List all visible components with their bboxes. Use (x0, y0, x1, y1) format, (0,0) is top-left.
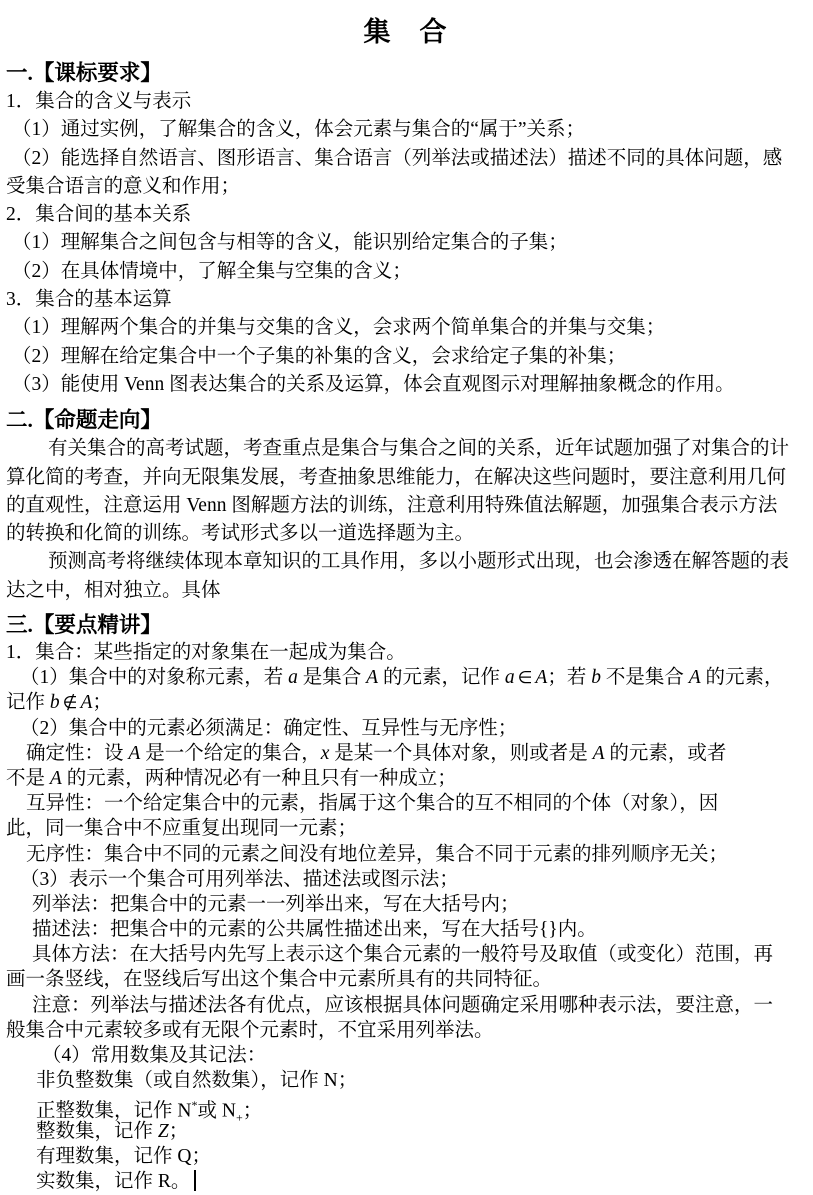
text-run: （3）表示一个集合可用列举法、描述法或图示法； (20, 869, 459, 890)
text-run: A (593, 743, 605, 764)
text-run: 1．集合：某些指定的对象集在一起成为集合。 (6, 642, 406, 663)
text-run: A (50, 768, 62, 789)
text-run: Venn (124, 374, 164, 395)
text-run: ；若 (547, 667, 591, 688)
doc-line: 无序性：集合中不同的元素之间没有地位差异，集合不同于元素的排列顺序无关； (26, 842, 805, 867)
doc-line: 算化简的考查，并向无限集发展，考查抽象思维能力，在解决这些问题时，要注意利用几何 (6, 464, 805, 492)
text-run: 不是 (6, 768, 50, 789)
doc-line: 描述法：把集合中的元素的公共属性描述出来，写在大括号{}内。 (32, 917, 805, 942)
doc-line: 的转换和化简的训练。考试形式多以一道选择题为主。 (6, 520, 805, 548)
text-run: a (288, 667, 298, 688)
doc-line: （1）理解两个集合的并集与交集的含义，会求两个简单集合的并集与交集； (12, 314, 805, 342)
text-run: 有理数集，记作 (36, 1146, 177, 1167)
text-run: 画一条竖线，在竖线后写出这个集合中元素所具有的共同特征。 (6, 969, 552, 990)
doc-content: 一.【课标要求】1．集合的含义与表示（1）通过实例，了解集合的含义，体会元素与集… (6, 58, 805, 1194)
text-run: （2）在具体情境中，了解全集与空集的含义； (12, 261, 412, 282)
doc-line: 非负整数集（或自然数集），记作 N； (36, 1068, 805, 1093)
text-run: （1）理解两个集合的并集与交集的含义，会求两个简单集合的并集与交集； (12, 317, 665, 338)
text-run: 记作 (6, 692, 50, 713)
doc-line: （2）集合中的元素必须满足：确定性、互异性与无序性； (20, 716, 805, 741)
text-run: 达之中，相对独立。具体 (6, 580, 221, 601)
doc-line: （3）表示一个集合可用列举法、描述法或图示法； (20, 867, 805, 892)
text-run: 预测高考将继续体现本章知识的工具作用，多以小题形式出现，也会渗透在解答题的表 (48, 551, 789, 572)
text-cursor (194, 1170, 196, 1191)
doc-line: 受集合语言的意义和作用； (6, 173, 805, 201)
doc-line: 1．集合：某些指定的对象集在一起成为集合。 (6, 640, 805, 665)
doc-line: 具体方法：在大括号内先写上表示这个集合元素的一般符号及取值（或变化）范围，再 (32, 942, 805, 967)
section-3: 三.【要点精讲】1．集合：某些指定的对象集在一起成为集合。（1）集合中的对象称元… (6, 610, 805, 1194)
doc-line: 1．集合的含义与表示 (6, 88, 805, 116)
text-run: ； (338, 1070, 358, 1091)
text-run: N (222, 1101, 236, 1122)
doc-line: 确定性：设 A 是一个给定的集合，x 是某一个具体对象，则或者是 A 的元素，或… (26, 741, 805, 766)
doc-line: 此，同一集合中不应重复出现同一元素； (6, 816, 805, 841)
doc-line: （1）集合中的对象称元素，若 a 是集合 A 的元素，记作 a∈A；若 b 不是… (20, 665, 805, 690)
text-run: 是集合 (298, 667, 366, 688)
section-1: 一.【课标要求】1．集合的含义与表示（1）通过实例，了解集合的含义，体会元素与集… (6, 58, 805, 399)
text-run: （1）理解集合之间包含与相等的含义，能识别给定集合的子集； (12, 232, 568, 253)
text-run: 般集合中元素较多或有无限个元素时，不宜采用列举法。 (6, 1020, 494, 1041)
text-run: 非负整数集（或自然数集），记作 (36, 1070, 324, 1091)
doc-line: 3．集合的基本运算 (6, 286, 805, 314)
doc-line: 记作 b∉A； (6, 690, 805, 715)
text-run: A (128, 743, 140, 764)
text-run: 的元素，记作 (378, 667, 505, 688)
doc-line: （1）通过实例，了解集合的含义，体会元素与集合的“属于”关系； (12, 116, 805, 144)
text-run: 2．集合间的基本关系 (6, 204, 191, 225)
doc-line: 互异性：一个给定集合中的元素，指属于这个集合的互不相同的个体（对象），因 (26, 791, 805, 816)
text-run: （1）集合中的对象称元素，若 (20, 667, 288, 688)
text-run: 是一个给定的集合， (140, 743, 320, 764)
text-run: 此，同一集合中不应重复出现同一元素； (6, 818, 357, 839)
text-run: 的元素， (701, 667, 784, 688)
text-run: （2）能选择自然语言、图形语言、集合语言（列举法或描述法）描述不同的具体问题，感 (12, 148, 782, 169)
text-run: （2）理解在给定集合中一个子集的补集的含义，会求给定子集的补集； (12, 346, 626, 367)
text-run: 是某一个具体对象，则或者是 (329, 743, 592, 764)
doc-line: 画一条竖线，在竖线后写出这个集合中元素所具有的共同特征。 (6, 967, 805, 992)
text-run: 无序性：集合中不同的元素之间没有地位差异，集合不同于元素的排列顺序无关； (26, 844, 728, 865)
text-run: 的直观性，注意运用 (6, 495, 186, 516)
text-run: ∉ (60, 693, 81, 713)
doc-line: 列举法：把集合中的元素一一列举出来，写在大括号内； (32, 892, 805, 917)
text-run: 实数集，记作 (36, 1171, 158, 1192)
text-run: A (366, 667, 378, 688)
doc-line: 整数集，记作 Z； (36, 1119, 805, 1144)
text-run: （4）常用数集及其记法： (42, 1045, 266, 1066)
text-run: 的元素，或者 (605, 743, 727, 764)
doc-line: 般集合中元素较多或有无限个元素时，不宜采用列举法。 (6, 1018, 805, 1043)
doc-line: （2）在具体情境中，了解全集与空集的含义； (12, 258, 805, 286)
text-run: 整数集，记作 (36, 1121, 158, 1142)
text-run: 不是集合 (601, 667, 689, 688)
text-run: （3）能使用 (12, 374, 124, 395)
text-run: 列举法：把集合中的元素一一列举出来，写在大括号内； (32, 894, 520, 915)
text-run: 或 (197, 1101, 221, 1122)
doc-line: 注意：列举法与描述法各有优点，应该根据具体问题确定采用哪种表示法，要注意，一 (32, 993, 805, 1018)
doc-line: （4）常用数集及其记法： (42, 1043, 805, 1068)
doc-line: 有理数集，记作 Q； (36, 1144, 805, 1169)
text-run: 图表达集合的关系及运算，体会直观图示对理解抽象概念的作用。 (164, 374, 734, 395)
text-run: 图解题方法的训练，注意利用特殊值法解题，加强集合表示方法 (226, 495, 777, 516)
text-run: R (158, 1171, 171, 1192)
text-run: ； (169, 1121, 189, 1142)
text-run: Venn (186, 495, 226, 516)
text-run: 算化简的考查，并向无限集发展，考查抽象思维能力，在解决这些问题时，要注意利用几何 (6, 467, 786, 488)
doc-line: 正整数集，记作 N*或 N+； (36, 1093, 805, 1118)
doc-line: （3）能使用 Venn 图表达集合的关系及运算，体会直观图示对理解抽象概念的作用… (12, 371, 805, 399)
document-page[interactable]: 集 合 一.【课标要求】1．集合的含义与表示（1）通过实例，了解集合的含义，体会… (0, 0, 813, 1195)
text-run: 具体方法：在大括号内先写上表示这个集合元素的一般符号及取值（或变化）范围，再 (32, 944, 773, 965)
text-run: A (689, 667, 701, 688)
text-run: （1）通过实例，了解集合的含义，体会元素与集合的“属于”关系； (12, 119, 585, 140)
section-heading: 一.【课标要求】 (6, 58, 805, 88)
text-run: Q (177, 1146, 191, 1167)
doc-line: 有关集合的高考试题，考查重点是集合与集合之间的关系，近年试题加强了对集合的计 (48, 435, 805, 463)
doc-line: 预测高考将继续体现本章知识的工具作用，多以小题形式出现，也会渗透在解答题的表 (48, 548, 805, 576)
text-run: 互异性：一个给定集合中的元素，指属于这个集合的互不相同的个体（对象），因 (26, 793, 718, 814)
text-run: ； (92, 692, 112, 713)
doc-line: 2．集合间的基本关系 (6, 201, 805, 229)
section-2: 二.【命题走向】有关集合的高考试题，考查重点是集合与集合之间的关系，近年试题加强… (6, 405, 805, 605)
text-run: 确定性：设 (26, 743, 128, 764)
text-run: 3．集合的基本运算 (6, 289, 172, 310)
text-run: 1．集合的含义与表示 (6, 91, 191, 112)
doc-line: 不是 A 的元素，两种情况必有一种且只有一种成立； (6, 766, 805, 791)
doc-line: （2）理解在给定集合中一个子集的补集的含义，会求给定子集的补集； (12, 343, 805, 371)
text-run: + (236, 1111, 243, 1125)
doc-title: 集 合 (6, 12, 805, 52)
text-run: （2）集合中的元素必须满足：确定性、互异性与无序性； (20, 718, 517, 739)
text-run: 描述法：把集合中的元素的公共属性描述出来，写在大括号{}内。 (32, 919, 597, 940)
doc-line: （2）能选择自然语言、图形语言、集合语言（列举法或描述法）描述不同的具体问题，感 (12, 145, 805, 173)
text-run: 注意：列举法与描述法各有优点，应该根据具体问题确定采用哪种表示法，要注意，一 (32, 995, 773, 1016)
section-heading: 三.【要点精讲】 (6, 610, 805, 640)
text-run: 有关集合的高考试题，考查重点是集合与集合之间的关系，近年试题加强了对集合的计 (48, 438, 789, 459)
text-run: a (505, 667, 515, 688)
section-heading: 二.【命题走向】 (6, 405, 805, 435)
text-run: N (324, 1070, 338, 1091)
text-run: A (535, 667, 547, 688)
text-run: ∈ (515, 668, 536, 688)
doc-line: 的直观性，注意运用 Venn 图解题方法的训练，注意利用特殊值法解题，加强集合表… (6, 492, 805, 520)
text-run: A (80, 692, 92, 713)
doc-line: 实数集，记作 R。 (36, 1169, 805, 1194)
text-run: 。 (171, 1171, 191, 1192)
text-run: b (591, 667, 601, 688)
text-run: 的元素，两种情况必有一种且只有一种成立； (62, 768, 457, 789)
text-run: ； (243, 1101, 263, 1122)
doc-line: 达之中，相对独立。具体 (6, 577, 805, 605)
doc-line: （1）理解集合之间包含与相等的含义，能识别给定集合的子集； (12, 229, 805, 257)
text-run: 受集合语言的意义和作用； (6, 176, 240, 197)
text-run: Z (158, 1121, 169, 1142)
text-run: 的转换和化简的训练。考试形式多以一道选择题为主。 (6, 523, 474, 544)
text-run: b (50, 692, 60, 713)
text-run: ； (191, 1146, 211, 1167)
